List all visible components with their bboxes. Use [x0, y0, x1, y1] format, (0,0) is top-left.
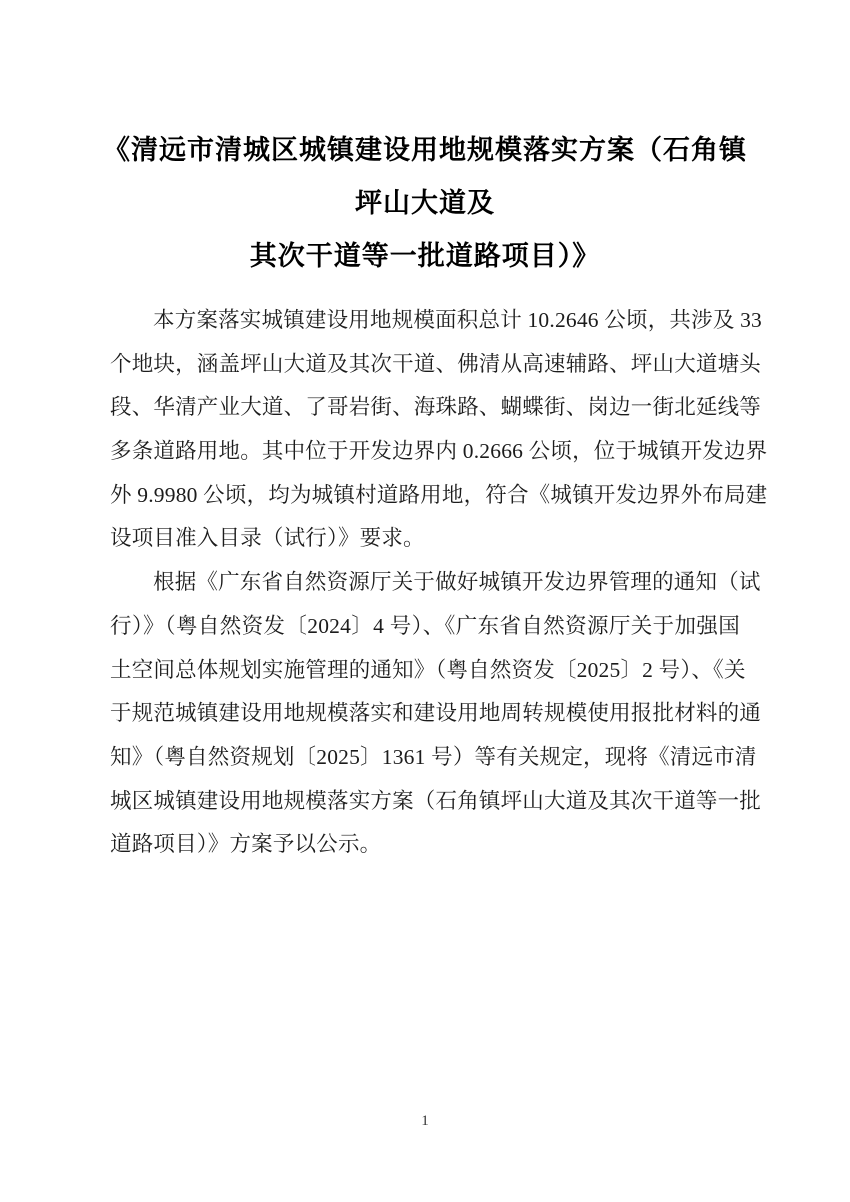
paragraph-line: 于规范城镇建设用地规模落实和建设用地周转规模使用报批材料的通	[110, 692, 740, 736]
paragraph-line: 本方案落实城镇建设用地规模面积总计 10.2646 公顷，共涉及 33	[110, 299, 740, 343]
paragraph-line: 土空间总体规划实施管理的通知》（粤自然资发〔2025〕2 号）、《关	[110, 649, 740, 693]
paragraph-line: 个地块，涵盖坪山大道及其次干道、佛清从高速辅路、坪山大道塘头	[110, 343, 740, 387]
paragraph-2: 根据《广东省自然资源厅关于做好城镇开发边界管理的通知（试 行）》（粤自然资发〔2…	[110, 561, 740, 867]
paragraph-line: 设项目准入目录（试行）》要求。	[110, 517, 740, 561]
paragraph-1: 本方案落实城镇建设用地规模面积总计 10.2646 公顷，共涉及 33 个地块，…	[110, 299, 740, 561]
paragraph-line: 道路项目）》方案予以公示。	[110, 823, 740, 867]
paragraph-line: 行）》（粤自然资发〔2024〕4 号）、《广东省自然资源厅关于加强国	[110, 605, 740, 649]
paragraph-line: 段、华清产业大道、了哥岩街、海珠路、蝴蝶街、岗边一街北延线等	[110, 386, 740, 430]
document-body: 本方案落实城镇建设用地规模面积总计 10.2646 公顷，共涉及 33 个地块，…	[110, 283, 740, 867]
paragraph-line: 多条道路用地。其中位于开发边界内 0.2666 公顷，位于城镇开发边界	[110, 430, 740, 474]
paragraph-line: 知》（粤自然资规划〔2025〕1361 号）等有关规定，现将《清远市清	[110, 736, 740, 780]
document-page: 《清远市清城区城镇建设用地规模落实方案（石角镇坪山大道及 其次干道等一批道路项目…	[0, 0, 850, 1202]
paragraph-line: 城区城镇建设用地规模落实方案（石角镇坪山大道及其次干道等一批	[110, 780, 740, 824]
document-title-line-2: 其次干道等一批道路项目）》	[95, 230, 755, 283]
document-title: 《清远市清城区城镇建设用地规模落实方案（石角镇坪山大道及 其次干道等一批道路项目…	[95, 0, 755, 283]
paragraph-line: 根据《广东省自然资源厅关于做好城镇开发边界管理的通知（试	[110, 561, 740, 605]
document-title-line-1: 《清远市清城区城镇建设用地规模落实方案（石角镇坪山大道及	[95, 124, 755, 230]
paragraph-line: 外 9.9980 公顷，均为城镇村道路用地，符合《城镇开发边界外布局建	[110, 474, 740, 518]
page-number: 1	[0, 1113, 850, 1130]
